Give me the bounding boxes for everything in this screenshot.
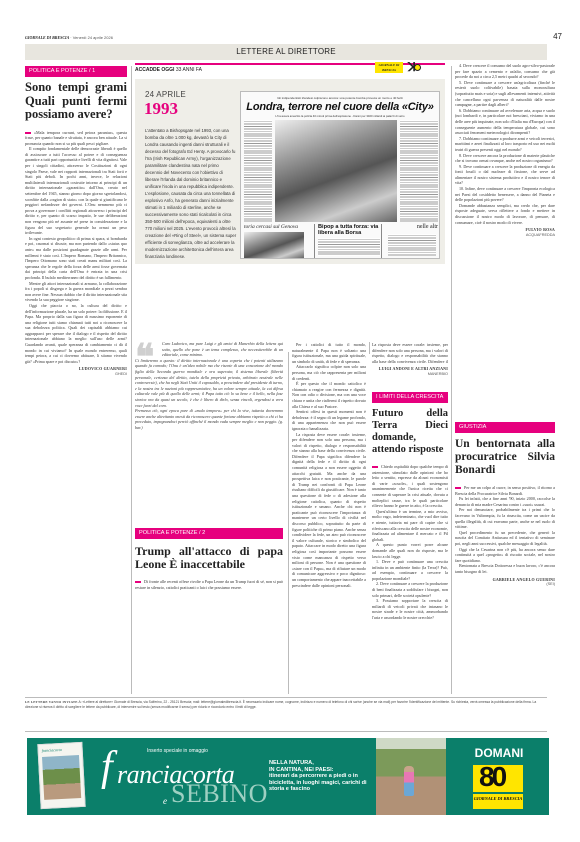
anniversary-logo: GIORNALE DI BRESCIA ꓘ <box>375 61 445 75</box>
letter-politica-1: POLITICA E POTENZE / 1 Sono tempi grami … <box>25 66 127 696</box>
brand-sebino: SEBINO <box>171 780 268 808</box>
kicker: POLITICA E POTENZE / 1 <box>25 66 127 77</box>
signature-place: MANERBIO <box>372 372 448 378</box>
archive-newspaper-clipping: Gli indipendentisti irlandesi colpiscono… <box>240 91 440 259</box>
masthead: GIORNALE DI BRESCIA · Venerdì 24 aprile … <box>25 35 547 44</box>
signature-place: ACQUAFREDDA <box>455 233 555 239</box>
kicker: I LIMITI DELLA CRESCITA <box>372 392 448 403</box>
signature: LUIGI ANDONI E ALTRI ANZIANI <box>372 366 448 372</box>
footer-divider <box>25 697 547 698</box>
letter-giustizia: GIUSTIZIA Un bentornata alla procuratric… <box>455 422 555 694</box>
ad-copy: NELLA NATURA, IN CANTINA, NEI PAESI: iti… <box>269 760 377 793</box>
issue-date: · Venerdì 24 aprile 2026 <box>70 35 113 40</box>
column-divider <box>451 66 452 694</box>
letter-politica-2: POLITICA E POTENZE / 2 Trump all'attacco… <box>135 528 283 698</box>
headline: Sono tempi grami Quali punti fermi possi… <box>25 81 127 122</box>
vineyard-photo <box>376 738 446 815</box>
page-number: 47 <box>553 32 562 41</box>
bullet-marker <box>372 466 378 468</box>
letter-politica-2-signature: La risposta deve essere corale: insieme,… <box>372 342 448 377</box>
headline: Futuro della Terra Dieci domande, attend… <box>372 408 448 456</box>
headline: Un bentornata alla procuratrice Silvia B… <box>455 438 555 477</box>
accadde-year: 1993 <box>144 99 178 119</box>
bullet-marker <box>135 581 141 583</box>
signature-place: GHEDI <box>25 372 127 378</box>
eighty-years-logo: ꓘ <box>408 61 421 74</box>
accadde-text: L'attentato a Bishopsgate nel 1993, con … <box>145 127 237 260</box>
kicker: POLITICA E POTENZE / 2 <box>135 528 283 539</box>
kicker: GIUSTIZIA <box>455 422 555 433</box>
ad-release-day: DOMANI <box>459 746 539 760</box>
ad-tagline: Inserto speciale in omaggio <box>147 748 208 754</box>
letter-politica-2-continued: Per i cattolici di tutto il mondo, natur… <box>292 342 366 694</box>
brand-e: e <box>163 796 167 806</box>
submission-notice: LE LETTERE VANNO INVIATE A: «Lettere al … <box>25 700 547 710</box>
signature-place: (SEI) <box>455 582 555 588</box>
footer-divider <box>25 731 547 732</box>
brand-initial: f <box>101 746 113 788</box>
bullet-marker <box>455 487 461 489</box>
clipping-photo <box>275 120 397 222</box>
letter-limiti-crescita-continued: 4. Deve crescere il consumo del suolo ag… <box>455 63 555 421</box>
clipping-headline: Londra, terrore nel cuore della «City» <box>241 101 439 113</box>
supplement-cover-image: franciacorta <box>37 742 85 809</box>
giornale-di-brescia-logo: GIORNALE DI BRESCIA <box>473 794 523 809</box>
eighty-years-badge: 80 <box>473 765 523 792</box>
column-divider <box>131 66 132 694</box>
accadde-date: 24 APRILE <box>145 90 186 99</box>
bullet-marker <box>25 132 31 134</box>
editorial-reply: Caro Ludovico, ma pure Luigi e gli amici… <box>135 341 283 431</box>
column-divider <box>288 352 289 694</box>
franciacorta-sebino-advert[interactable]: franciacorta f Inserto speciale in omagg… <box>27 738 549 815</box>
column-divider <box>369 342 370 354</box>
newspaper-name: GIORNALE DI BRESCIA <box>25 35 69 40</box>
letter-limiti-crescita: I LIMITI DELLA CRESCITA Futuro della Ter… <box>372 392 448 694</box>
headline: Trump all'attacco di papa Leone È inacce… <box>135 545 283 571</box>
giornale-di-brescia-logo: GIORNALE DI BRESCIA <box>375 62 403 73</box>
section-title: LETTERE AL DIRETTORE <box>25 44 547 60</box>
